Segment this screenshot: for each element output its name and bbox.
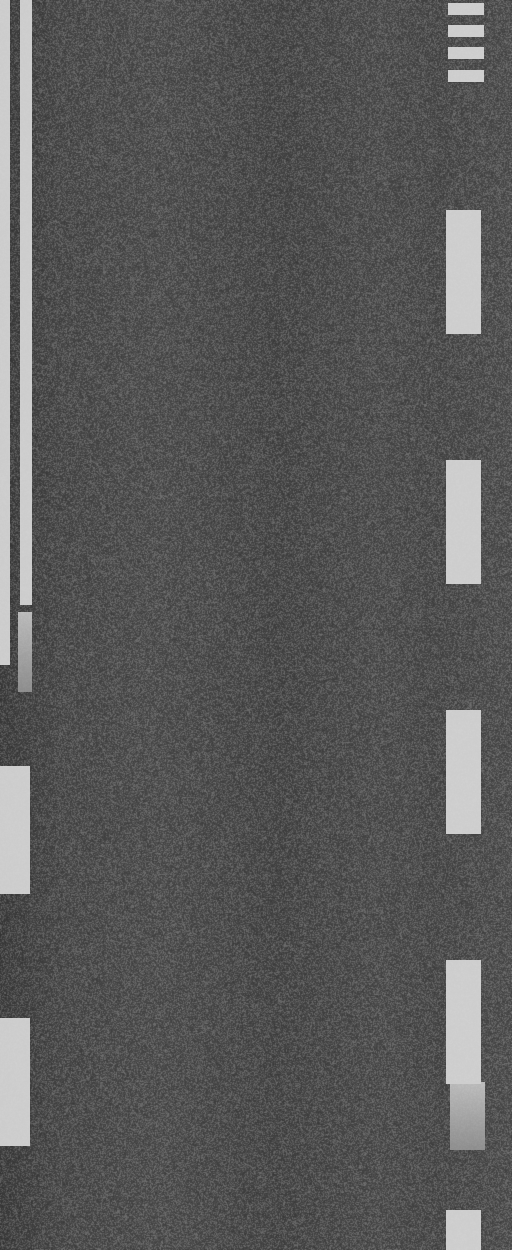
left-dash-2 xyxy=(0,1018,30,1146)
left-dash-1 xyxy=(0,766,30,894)
right-dash-4-worn xyxy=(450,1082,485,1150)
right-dash-5 xyxy=(446,1210,481,1250)
crosswalk-bar-4 xyxy=(448,70,484,82)
left-solid-line-outer xyxy=(0,0,10,665)
asphalt-road xyxy=(0,0,512,1250)
asphalt-texture xyxy=(0,0,512,1250)
right-dash-2 xyxy=(446,460,481,584)
right-dash-4 xyxy=(446,960,481,1084)
crosswalk-bar-1 xyxy=(448,3,484,15)
right-dash-1 xyxy=(446,210,481,334)
crosswalk-bar-3 xyxy=(448,47,484,59)
left-solid-line-inner xyxy=(20,0,32,605)
crosswalk-bar-2 xyxy=(448,25,484,37)
right-dash-3 xyxy=(446,710,481,834)
left-worn-segment xyxy=(18,612,32,692)
